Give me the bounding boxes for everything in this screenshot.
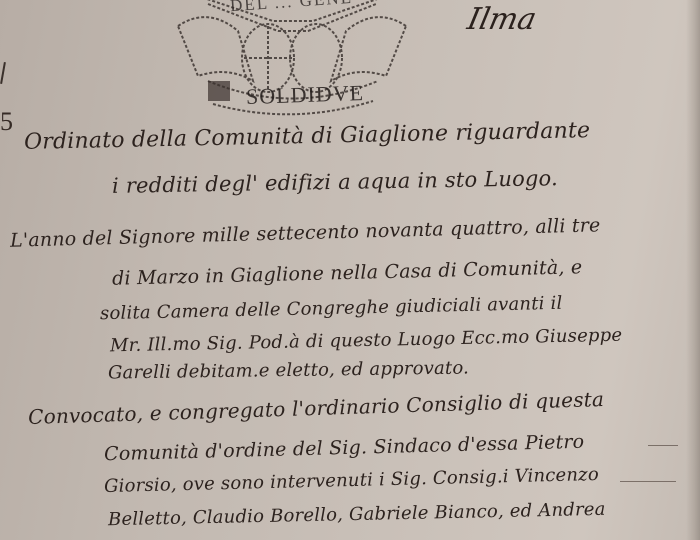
paragraph-1-line-1: L'anno del Signore mille settecento nova… xyxy=(10,214,601,251)
heading-line-1: Ordinato della Comunità di Giaglione rig… xyxy=(24,118,591,155)
margin-mark xyxy=(0,62,6,84)
paragraph-1-line-4: Mr. Ill.mo Sig. Pod.à di questo Luogo Ec… xyxy=(110,325,623,357)
paragraph-2-line-1: Convocato, e congregato l'ordinario Cons… xyxy=(28,387,605,429)
line-filler-dash xyxy=(648,445,678,446)
stamp-text-bottom: SOLDIDVE xyxy=(246,80,365,110)
paragraph-2-line-4: Belletto, Claudio Borello, Gabriele Bian… xyxy=(108,499,606,530)
entry-number: 5 xyxy=(0,107,13,137)
paragraph-1-line-2: di Marzo in Giaglione nella Casa di Comu… xyxy=(112,256,583,289)
paragraph-1-line-5: Garelli debitam.e eletto, ed approvato. xyxy=(108,357,469,383)
official-stamp: DEL ... GENE SOLDIDVE xyxy=(168,0,416,124)
page-edge xyxy=(686,0,700,540)
line-filler-dash xyxy=(620,481,676,482)
heading-line-2: i redditi degl' edifizi a aqua in sto Lu… xyxy=(112,166,558,198)
paragraph-2-line-3: Giorsio, ove sono intervenuti i Sig. Con… xyxy=(104,464,599,497)
signature: Ilma xyxy=(464,2,539,37)
paragraph-1-line-3: solita Camera delle Congreghe giudiciali… xyxy=(100,293,563,324)
paragraph-2-line-2: Comunità d'ordine del Sig. Sindaco d'ess… xyxy=(104,431,585,466)
